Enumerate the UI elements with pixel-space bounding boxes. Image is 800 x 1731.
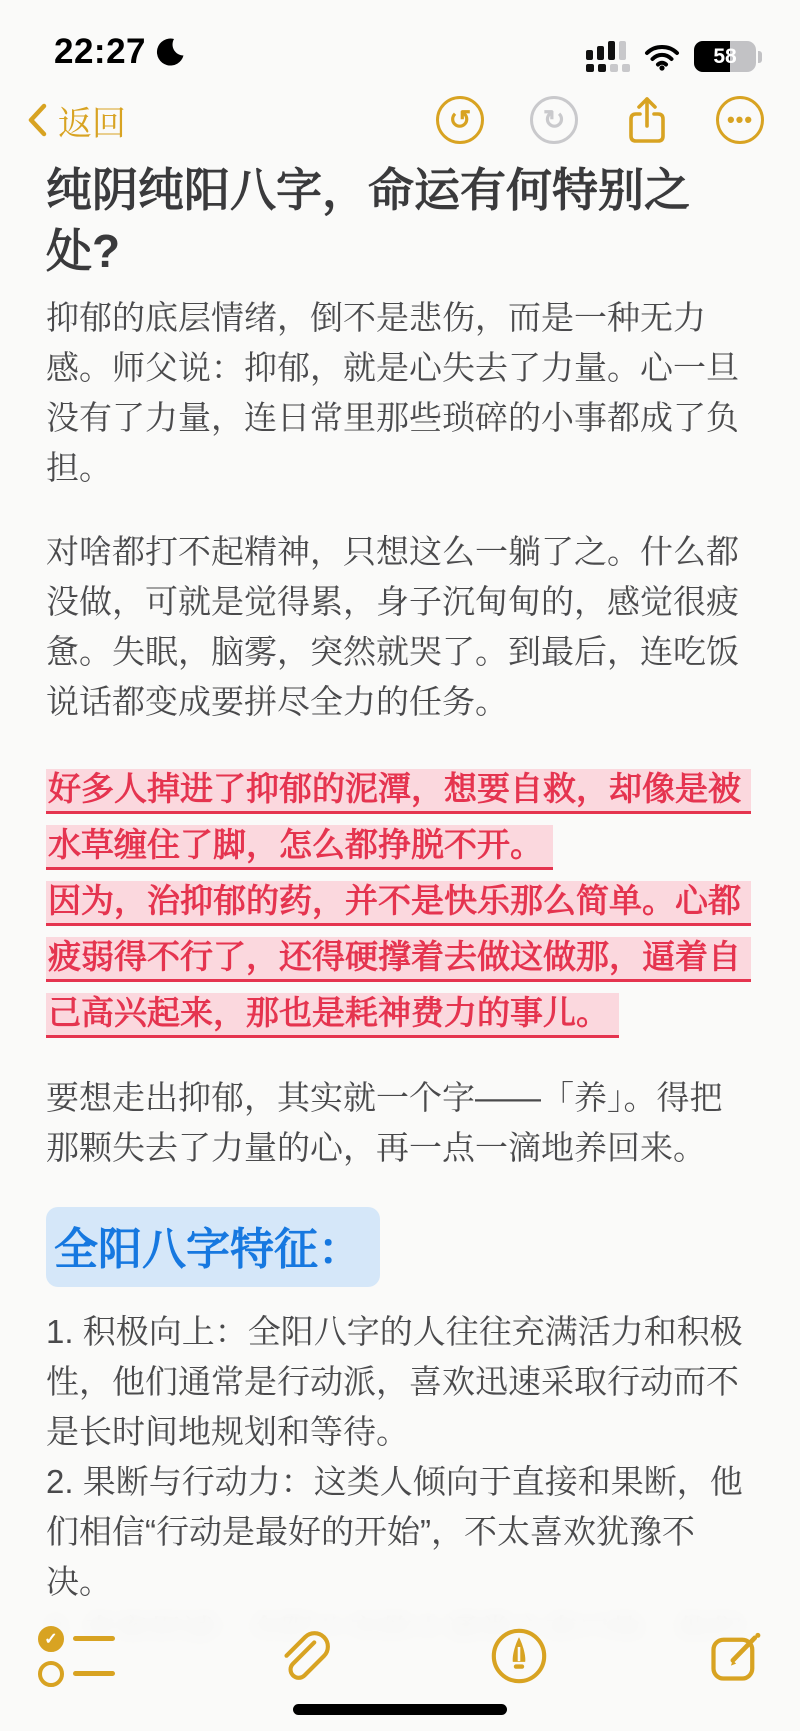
- back-label: 返回: [58, 96, 126, 145]
- battery-percent: 58: [713, 45, 736, 69]
- note-content[interactable]: 纯阴纯阳八字，命运有何特别之处? 抑郁的底层情绪，倒不是悲伤，而是一种无力感。师…: [0, 156, 800, 1657]
- red-highlight-sentence-2: 因为，治抑郁的药，并不是快乐那么简单。心都疲弱得不行了，还得硬撑着去做这做那，逼…: [46, 881, 751, 1038]
- markup-pen-icon: [488, 1625, 550, 1687]
- attachment-button[interactable]: [271, 1625, 333, 1687]
- back-button[interactable]: 返回: [26, 96, 126, 145]
- redo-button: ↻: [530, 96, 578, 144]
- wifi-icon: [644, 43, 680, 71]
- ellipsis-icon: •••: [727, 107, 753, 133]
- back-chevron-icon: [26, 102, 48, 138]
- section-header-text: 全阳八字特征：: [46, 1207, 380, 1287]
- checklist-icon: ✓: [38, 1626, 115, 1652]
- markup-button[interactable]: [488, 1625, 550, 1687]
- battery-icon: 58: [694, 41, 762, 72]
- share-icon: [624, 94, 670, 146]
- status-bar: 22:27: [0, 0, 800, 86]
- list-item-2: 2. 果断与行动力：这类人倾向于直接和果断，他们相信“行动是最好的开始”，不太喜…: [46, 1457, 754, 1607]
- nav-bar: 返回 ↺ ↻ •••: [0, 86, 800, 154]
- notes-app-screen: 22:27: [0, 0, 800, 1731]
- red-highlight-block: 好多人掉进了抑郁的泥潭，想要自救，却像是被水草缠住了脚，怎么都挣脱不开。 因为，…: [46, 761, 754, 1041]
- paragraph-1: 抑郁的底层情绪，倒不是悲伤，而是一种无力感。师父说：抑郁，就是心失去了力量。心一…: [46, 293, 754, 493]
- paperclip-icon: [271, 1625, 333, 1687]
- clock-time: 22:27: [54, 32, 146, 72]
- bottom-toolbar: ✓: [0, 1608, 800, 1704]
- compose-button[interactable]: [706, 1626, 766, 1686]
- note-title: 纯阴纯阳八字，命运有何特别之处?: [46, 160, 754, 281]
- section-header: 全阳八字特征：: [46, 1207, 754, 1287]
- home-indicator[interactable]: [293, 1704, 507, 1715]
- undo-button[interactable]: ↺: [436, 96, 484, 144]
- share-button[interactable]: [624, 94, 670, 146]
- paragraph-3: 要想走出抑郁，其实就一个字——「养」。得把那颗失去了力量的心，再一点一滴地养回来…: [46, 1073, 754, 1173]
- undo-icon: ↺: [449, 105, 472, 136]
- check-icon: ✓: [44, 1629, 57, 1649]
- cellular-signal-icon: [586, 41, 630, 72]
- moon-focus-icon: [154, 36, 186, 68]
- red-highlight-sentence-1: 好多人掉进了抑郁的泥潭，想要自救，却像是被水草缠住了脚，怎么都挣脱不开。: [46, 769, 751, 870]
- checklist-button[interactable]: ✓: [38, 1626, 115, 1687]
- more-button[interactable]: •••: [716, 96, 764, 144]
- list-item-1: 1. 积极向上：全阳八字的人往往充满活力和积极性，他们通常是行动派，喜欢迅速采取…: [46, 1307, 754, 1457]
- redo-icon: ↻: [543, 105, 566, 136]
- compose-icon: [706, 1626, 766, 1686]
- paragraph-2: 对啥都打不起精神，只想这么一躺了之。什么都没做，可就是觉得累，身子沉甸甸的，感觉…: [46, 527, 754, 727]
